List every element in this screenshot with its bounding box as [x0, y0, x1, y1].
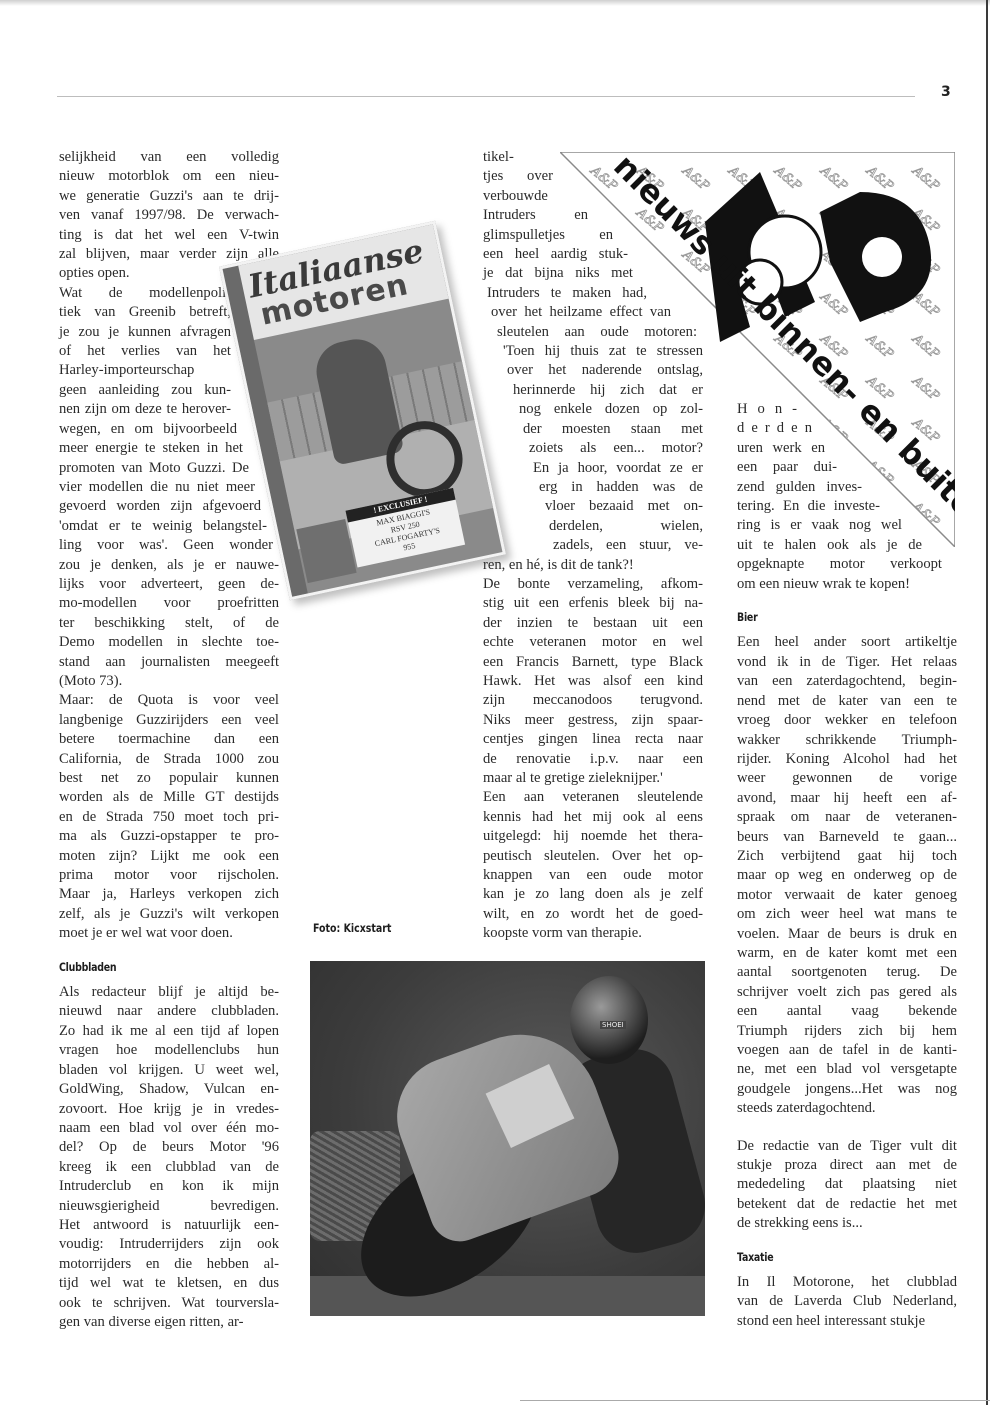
text-line: gen van diverse eigen ritten, ar- — [59, 1313, 279, 1332]
text-line: goudgele jongens...Het was nog — [737, 1080, 957, 1099]
text-line: ting is dat het wel een V-twin — [59, 226, 279, 245]
svg-text:A&P: A&P — [633, 541, 666, 547]
text-line: H o n - — [737, 400, 797, 419]
text-line: weer gewonnen de vorige — [737, 769, 957, 788]
text-line: promoten van Moto Guzzi. De — [59, 459, 249, 478]
text-line: voegen aan de tafel in de kanti- — [737, 1041, 957, 1060]
text-line: en de Strada 750 moet toch pri- — [59, 808, 279, 827]
text-line: zijn meccanodoos terugvond. — [483, 691, 703, 710]
text-line: Wat de modellenpoli- — [59, 284, 231, 303]
photo-ground — [310, 1276, 705, 1316]
text-line: nieuw motorblok om een nieu- — [59, 167, 279, 186]
svg-text:A&P: A&P — [633, 289, 666, 320]
paragraph: De bonte verzameling, afkom-stig uit een… — [483, 575, 703, 788]
text-line: Een heel ander soort artikeltje — [737, 633, 957, 652]
text-line: uit te halen ook als je de — [737, 536, 922, 555]
text-line: zovoort. Hoe krijg je in vredes- — [59, 1100, 279, 1119]
text-line: of het verlies van het — [59, 342, 231, 361]
svg-text:A&P: A&P — [587, 331, 620, 362]
text-line: warm, en de kater komt met een — [737, 944, 957, 963]
text-line: voelen. Maar de beurs is druk en — [737, 925, 957, 944]
paragraph: Maar: de Quota is voor veellangbenige Gu… — [59, 691, 279, 943]
text-line: prima motor voor rijscholen. — [59, 866, 279, 885]
svg-text:A&P: A&P — [679, 457, 712, 488]
text-line: ven vanaf 1997/98. De verwach- — [59, 206, 279, 225]
page-edge-top — [0, 0, 990, 6]
text-line: (Moto 73). — [59, 672, 279, 691]
text-line: centjes gingen linea recta naar — [483, 730, 703, 749]
text-line: tiek van Greenib betreft, — [59, 303, 231, 322]
text-line: echte veteranen motor en wel — [483, 633, 703, 652]
svg-text:A&P: A&P — [633, 499, 666, 530]
header-rule — [57, 96, 915, 97]
helmet-brand-label: SHOEI — [600, 1021, 626, 1029]
text-line: ren, en hé, is dit de tank?! — [483, 556, 703, 575]
page-edge-bottom — [520, 1400, 990, 1401]
section-heading-bier: Bier — [737, 608, 917, 627]
text-line: schrijver voelt zich pas gered als — [737, 983, 957, 1002]
text-line: Harley-importeurschap — [59, 361, 231, 380]
text-line: een aantal vaag bekende — [737, 1002, 957, 1021]
text-line: motorrijders en die hebben al- — [59, 1255, 279, 1274]
svg-text:A&P: A&P — [587, 415, 620, 446]
text-line: voudig: Intruderrijders zijn ook — [59, 1235, 279, 1254]
text-line: tijd wel wat te kletsen, en dus — [59, 1274, 279, 1293]
svg-text:A&P: A&P — [633, 331, 666, 362]
text-line: om een nieuw wrak te kopen! — [737, 575, 957, 594]
text-line: nieuwsgierigheid bevredigen. — [59, 1197, 279, 1216]
text-line: stond een heel interessant stukje — [737, 1312, 957, 1331]
text-line: ring is er vaak nog wel — [737, 516, 902, 535]
text-line: koopste vorm van therapie. — [483, 924, 703, 943]
text-line: tjes over — [483, 167, 553, 186]
text-line: aantal soortgenoten terug. De — [737, 963, 957, 982]
text-line: wakker schrikkende Triumph- — [737, 731, 957, 750]
text-line: Maar ja, Harleys verkopen zich — [59, 885, 279, 904]
svg-text:A&P: A&P — [679, 499, 712, 530]
text-line: maar op weg en onderweg op de — [737, 866, 957, 885]
text-line: Niks meer gestress, zijn spaar- — [483, 711, 703, 730]
paragraph: H o n -d e r d e nuren werk eneen paar d… — [737, 400, 957, 594]
svg-text:A&P: A&P — [587, 457, 620, 488]
text-line: d e r d e n — [737, 419, 812, 438]
text-line: nend met de kater van een te — [737, 692, 957, 711]
text-line: gevoerd worden zijn afgevoerd — [59, 497, 261, 516]
text-line: kreeg ik een clubblad van de — [59, 1158, 279, 1177]
text-line: kennis had het mij ook al eens — [483, 808, 703, 827]
text-line: tikel- — [483, 148, 553, 167]
text-line: 'omdat er te weinig belangstel- — [59, 517, 267, 536]
text-line: ter beschikking stelt, of de — [59, 614, 279, 633]
text-line: best net zo populair kunnen — [59, 769, 279, 788]
text-line: kan je zo lang doen als je zelf — [483, 885, 703, 904]
text-line: stukje proza direct aan met de — [737, 1156, 957, 1175]
paragraph: In Il Motorone, het clubbladvan de Laver… — [737, 1273, 957, 1331]
text-line: moten zijn? Lijkt me ook een — [59, 847, 279, 866]
text-line: een paar dui- — [737, 458, 837, 477]
text-line: rijder. Koning Alcohol had het — [737, 750, 957, 769]
paragraph: Een heel ander soort artikeltjevond ik i… — [737, 633, 957, 1118]
text-line: In Il Motorone, het clubblad — [737, 1273, 957, 1292]
text-line: ook te schrijven. Wat tourversla- — [59, 1294, 279, 1313]
text-line: peutisch sleutelen. Over het op- — [483, 847, 703, 866]
page-edge-right — [986, 0, 988, 1405]
svg-text:A&P: A&P — [587, 289, 620, 320]
text-line: om zich weer heel wat mans te — [737, 905, 957, 924]
text-line: uitgelegd: hij noemde het thera- — [483, 827, 703, 846]
text-line: worden als de Mille GT destijds — [59, 788, 279, 807]
text-line: de renovatie i.p.v. naar een — [483, 750, 703, 769]
text-line: lijks voor adverteert, geen de- — [59, 575, 279, 594]
svg-text:A&P: A&P — [633, 373, 666, 404]
text-line: we generatie Guzzi's aan te drij- — [59, 187, 279, 206]
text-line: geen aanleiding zou kun- — [59, 381, 231, 400]
text-line: vond ik in de Tiger. Het relaas — [737, 653, 957, 672]
text-line: steeds zaterdagochtend. — [737, 1099, 957, 1118]
text-line: langbenige Guzzirijders een veel — [59, 711, 279, 730]
text-line: California, de Strada 1000 zou — [59, 750, 279, 769]
text-line: Een aan veteranen sleutelende — [483, 788, 703, 807]
text-line: del? Op de beurs Motor '96 — [59, 1138, 279, 1157]
text-line: wegen, en om bijvoorbeeld — [59, 420, 237, 439]
text-line: knappen van een oude motor — [483, 866, 703, 885]
text-line: Triumph rijders zich bij hem — [737, 1022, 957, 1041]
text-line: mo-modellen voor proefritten — [59, 594, 279, 613]
paragraph: Een aan veteranen sleutelendekennis had … — [483, 788, 703, 943]
text-line: opgeknapte motor verkoopt — [737, 555, 942, 574]
text-line: spraak om naar de veteranen- — [737, 808, 957, 827]
svg-text:A&P: A&P — [679, 331, 712, 362]
text-line: ne, met een blad vol versgetapte — [737, 1060, 957, 1079]
text-line: zend gulden inves- — [737, 478, 862, 497]
text-line: meer energie te steken in het — [59, 439, 243, 458]
svg-text:A&P: A&P — [587, 499, 620, 530]
text-line: nen zijn om deze te herover- — [59, 400, 231, 419]
text-line: maar al te gretige zieleknijper.' — [483, 769, 703, 788]
text-line: tering. En die investe- — [737, 497, 880, 516]
text-line: Intruderclub en kon ik mijn — [59, 1177, 279, 1196]
text-line: van een zaterdagochtend, begin- — [737, 672, 957, 691]
paragraph: De redactie van de Tiger vult ditstukje … — [737, 1137, 957, 1234]
svg-text:A&P: A&P — [679, 373, 712, 404]
text-line: motor verwaait de kater genoeg — [737, 886, 957, 905]
text-line: mededeling dat plaatsing niet — [737, 1175, 957, 1194]
text-line: der inzien te bestaan uit een — [483, 614, 703, 633]
text-line: Als redacteur blijf je altijd be- — [59, 983, 279, 1002]
text-line: selijkheid van een volledig — [59, 148, 279, 167]
text-line: zelf, als je Guzzi's wilt verkopen — [59, 905, 279, 924]
text-line: beurs van Barneveld te gaan... — [737, 828, 957, 847]
svg-text:A&P: A&P — [587, 205, 620, 236]
text-line: stig uit een erfenis bleek bij na- — [483, 594, 703, 613]
section-heading-taxatie: Taxatie — [737, 1248, 917, 1267]
svg-text:A&P: A&P — [587, 247, 620, 278]
promo-line: 955 — [403, 541, 417, 552]
text-line: vier modellen die nu niet meer — [59, 478, 255, 497]
text-line: betere toermachine dan een — [59, 730, 279, 749]
text-line: bladen vol krijgen. U weet wel, — [59, 1061, 279, 1080]
text-line: vragen hoe modellenclubs hun — [59, 1041, 279, 1060]
text-line: De redactie van de Tiger vult dit — [737, 1137, 957, 1156]
svg-text:A&P: A&P — [587, 541, 620, 547]
text-line: Zich verbijtend gaat hij toch — [737, 847, 957, 866]
photo-helmet — [570, 976, 648, 1064]
text-line: je zou je kunnen afvragen — [59, 323, 231, 342]
text-line: stand aan journalisten meegeeft — [59, 653, 279, 672]
svg-text:A&P: A&P — [633, 415, 666, 446]
text-line: vroeg door wekker en telefoon — [737, 711, 957, 730]
text-line: de strekking eens is... — [737, 1214, 957, 1233]
section-heading-clubbladen: Clubbladen — [59, 958, 239, 977]
text-line: nieuwd naar andere clubbladen. — [59, 1002, 279, 1021]
photo-caption: Foto: Kicxstart — [313, 921, 391, 935]
text-line: GoldWing, Shadow, Vulcan en- — [59, 1080, 279, 1099]
page-number: 3 — [941, 84, 951, 100]
text-line: Hawk. Het was alsof een kind — [483, 672, 703, 691]
text-line: Demo modellen in slechte toe- — [59, 633, 279, 652]
column-3: H o n -d e r d e nuren werk eneen paar d… — [737, 400, 957, 1331]
text-line: Het antwoord is natuurlijk een- — [59, 1216, 279, 1235]
text-line: uren werk en — [737, 439, 825, 458]
text-line: avond, maar hij heeft een af- — [737, 789, 957, 808]
text-line: ma als Guzzi-opstapper te pro- — [59, 827, 279, 846]
svg-text:A&P: A&P — [679, 415, 712, 446]
text-line: moet je er wel wat voor doen. — [59, 924, 279, 943]
text-line: zou je denken, als je er nauwe- — [59, 556, 279, 575]
svg-text:A&P: A&P — [587, 373, 620, 404]
text-line: naam een blad vol over één mo- — [59, 1119, 279, 1138]
text-line: ling voor was'. Geen wonder — [59, 536, 273, 555]
text-line: De bonte verzameling, afkom- — [483, 575, 703, 594]
svg-text:A&P: A&P — [679, 541, 712, 547]
text-line: Zo had ik me al een tijd af lopen — [59, 1022, 279, 1041]
svg-text:A&P: A&P — [633, 457, 666, 488]
paragraph: Als redacteur blijf je altijd be-nieuwd … — [59, 983, 279, 1332]
text-line: een Francis Barnett, type Black — [483, 653, 703, 672]
text-line: van de Laverda Club Nederland, — [737, 1292, 957, 1311]
text-line: Maar: de Quota is voor veel — [59, 691, 279, 710]
text-line: wilt, en zo wordt het de goed- — [483, 905, 703, 924]
motorcycle-photo: SHOEI — [310, 961, 705, 1316]
text-line: betekent dat de redactie het met — [737, 1195, 957, 1214]
